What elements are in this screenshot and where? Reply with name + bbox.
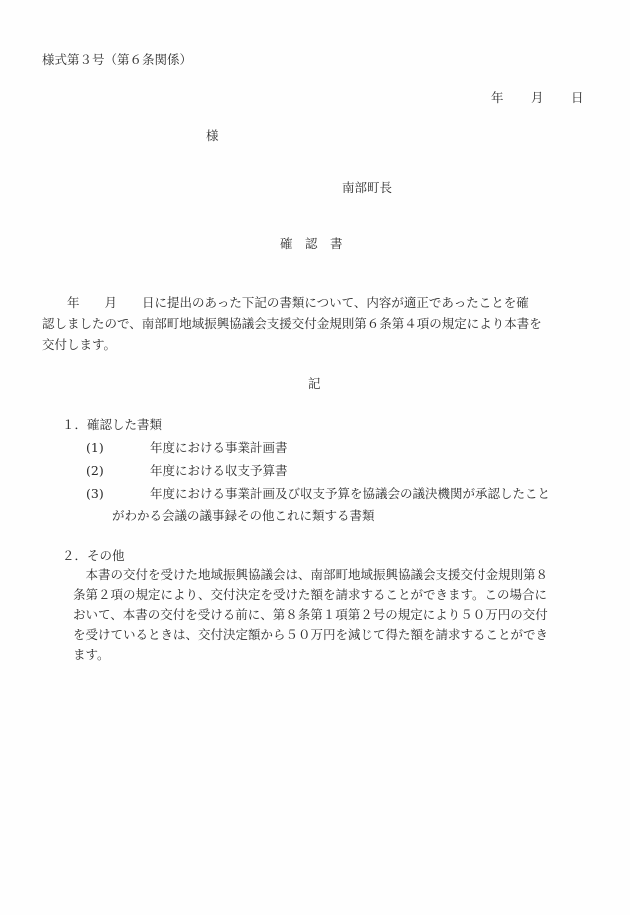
section2-paragraph: 本書の交付を受けた地域振興協議会は、南部町地域振興協議会支援交付金規則第８ 条第… xyxy=(73,565,593,665)
section1-item-3: (3)年度における事業計画及び収支予算を協議会の議決機関が承認したこと xyxy=(86,486,550,501)
issuer: 南部町長 xyxy=(342,180,392,195)
item-text: 年度における収支予算書 xyxy=(150,463,288,478)
intro-line: 交付します。 xyxy=(42,334,602,355)
form-label: 様式第３号（第６条関係） xyxy=(42,52,192,67)
date-day: 日 xyxy=(571,90,584,105)
addressee-suffix: 様 xyxy=(206,128,219,143)
section1-item-3-continuation: がわかる会議の議事録その他これに類する書類 xyxy=(112,508,375,523)
date-line: 年月日 xyxy=(491,90,584,105)
item-text: 年度における事業計画及び収支予算を協議会の議決機関が承認したこと xyxy=(150,486,550,501)
section1-heading: １．確認した書類 xyxy=(62,417,162,432)
section2-line: おいて、本書の交付を受ける前に、第８条第１項第２号の規定により５０万円の交付 xyxy=(73,605,593,625)
intro-line: 年 月 日に提出のあった下記の書類について、内容が適正であったことを確 xyxy=(42,292,602,313)
item-text: 年度における事業計画書 xyxy=(150,440,288,455)
section1-item-2: (2)年度における収支予算書 xyxy=(86,463,288,478)
item-number: (1) xyxy=(86,440,150,455)
date-year: 年 xyxy=(491,90,531,105)
intro-line: 認しましたので、南部町地域振興協議会支援交付金規則第６条第４項の規定により本書を xyxy=(42,313,602,334)
document-title: 確 認 書 xyxy=(280,236,343,251)
section2-line: ます。 xyxy=(73,645,593,665)
date-month: 月 xyxy=(531,90,571,105)
section1-item-1: (1)年度における事業計画書 xyxy=(86,440,288,455)
intro-paragraph: 年 月 日に提出のあった下記の書類について、内容が適正であったことを確 認しまし… xyxy=(42,292,602,355)
ki-heading: 記 xyxy=(308,376,321,391)
section2-line: 条第２項の規定により、交付決定を受けた額を請求することができます。この場合に xyxy=(73,585,593,605)
item-number: (3) xyxy=(86,486,150,501)
section2-heading: ２．その他 xyxy=(62,548,125,563)
section2-line: を受けているときは、交付決定額から５０万円を減じて得た額を請求することができ xyxy=(73,625,593,645)
section2-line: 本書の交付を受けた地域振興協議会は、南部町地域振興協議会支援交付金規則第８ xyxy=(73,565,593,585)
item-number: (2) xyxy=(86,463,150,478)
